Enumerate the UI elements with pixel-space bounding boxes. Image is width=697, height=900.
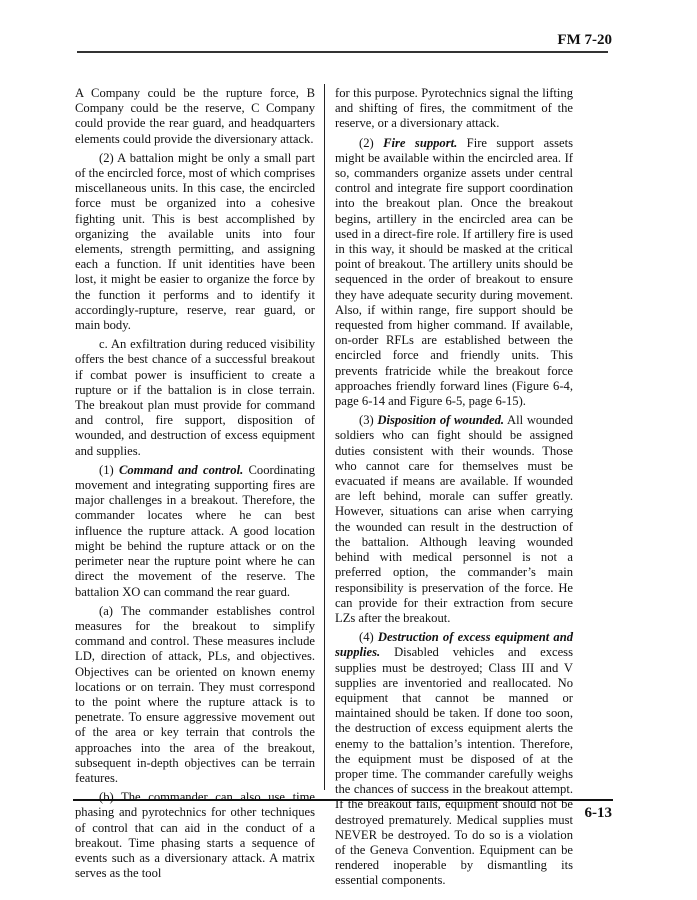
- section-heading-wounded: Disposition of wounded.: [377, 413, 504, 427]
- paragraph-number: (1): [99, 463, 119, 477]
- paragraph-body: Coordinating movement and integrating su…: [75, 463, 315, 599]
- paragraph-command-and-control: (1) Command and control. Coordinating mo…: [75, 463, 315, 600]
- paragraph-continuation: for this purpose. Pyrotechnics signal th…: [335, 86, 573, 132]
- paragraph-number: (2): [359, 136, 383, 150]
- left-column: A Company could be the rupture force, B …: [75, 86, 315, 881]
- column-divider: [324, 84, 325, 790]
- section-heading-command-control: Command and control.: [119, 463, 243, 477]
- paragraph-continuation: A Company could be the rupture force, B …: [75, 86, 315, 147]
- page-number: 6-13: [585, 805, 613, 822]
- paragraph-b: (b) The commander can also use time phas…: [75, 790, 315, 881]
- section-heading-fire-support: Fire support.: [383, 136, 457, 150]
- paragraph-2: (2) A battalion might be only a small pa…: [75, 151, 315, 333]
- right-column: for this purpose. Pyrotechnics signal th…: [335, 86, 573, 889]
- footer-rule: [73, 799, 613, 801]
- manual-title: FM 7-20: [557, 32, 612, 49]
- paragraph-number: (4): [359, 630, 378, 644]
- paragraph-fire-support: (2) Fire support. Fire support assets mi…: [335, 136, 573, 410]
- paragraph-number: (3): [359, 413, 377, 427]
- paragraph-body: Disabled vehicles and excess supplies mu…: [335, 645, 573, 887]
- header-rule: [77, 51, 608, 53]
- paragraph-destruction-of-equipment: (4) Destruction of excess equipment and …: [335, 630, 573, 888]
- paragraph-c: c. An exfiltration during reduced visibi…: [75, 337, 315, 459]
- paragraph-body: Fire support assets might be available w…: [335, 136, 573, 408]
- paragraph-disposition-of-wounded: (3) Disposition of wounded. All wounded …: [335, 413, 573, 626]
- paragraph-body: All wounded soldiers who can fight shoul…: [335, 413, 573, 625]
- paragraph-a: (a) The commander establishes control me…: [75, 604, 315, 786]
